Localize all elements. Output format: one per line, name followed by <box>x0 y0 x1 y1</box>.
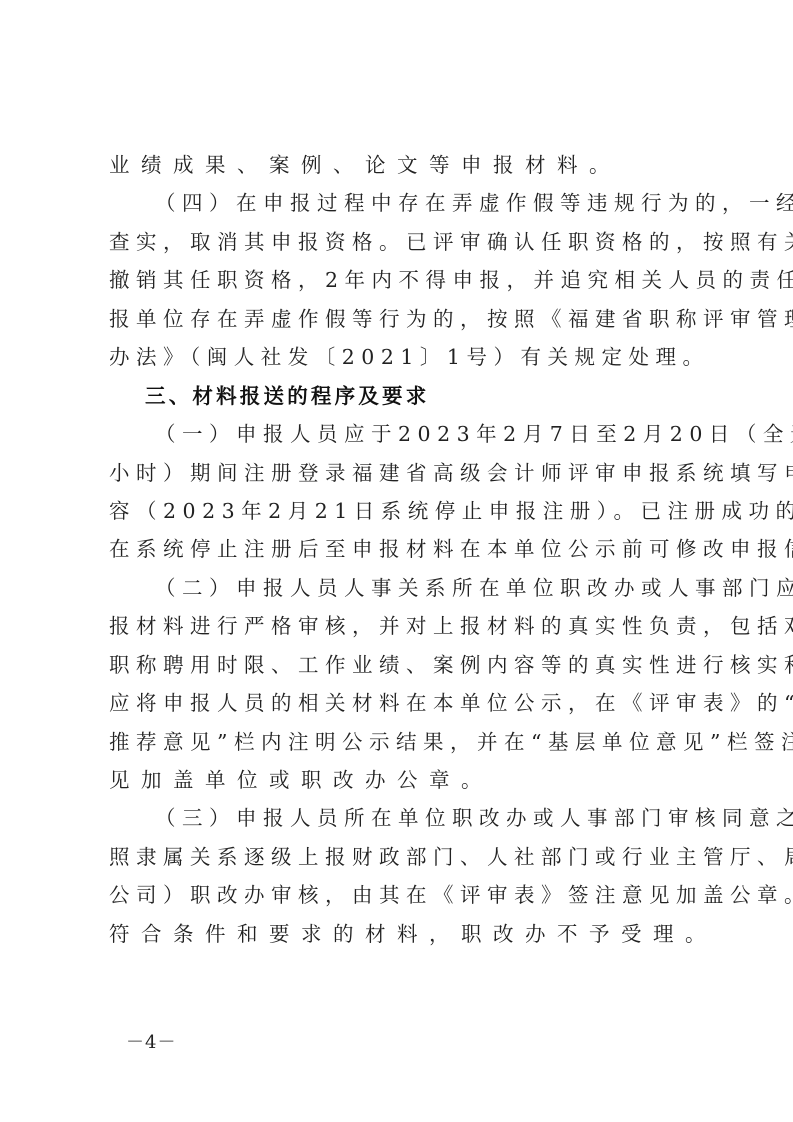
section-heading: 三、材料报送的程序及要求 <box>109 377 697 415</box>
paragraph-line: 撤销其任职资格，2年内不得申报，并追究相关人员的责任。申 <box>109 261 697 299</box>
paragraph-line: （三）申报人员所在单位职改办或人事部门审核同意之后按 <box>109 799 697 837</box>
document-page: 业绩成果、案例、论文等申报材料。 （四）在申报过程中存在弄虚作假等违规行为的，一… <box>0 0 793 1122</box>
paragraph-line: 办法》（闽人社发〔2021〕1号）有关规定处理。 <box>109 338 697 376</box>
paragraph-line: 容（2023年2月21日系统停止申报注册）。已注册成功的人员， <box>109 492 697 530</box>
paragraph-line: 小时）期间注册登录福建省高级会计师评审申报系统填写申报内 <box>109 454 697 492</box>
paragraph-line: 见加盖单位或职改办公章。 <box>109 761 697 799</box>
paragraph-line: 推荐意见”栏内注明公示结果，并在“基层单位意见”栏签注意 <box>109 723 697 761</box>
paragraph-line: 报材料进行严格审核，并对上报材料的真实性负责，包括对学历、 <box>109 607 697 645</box>
paragraph-line: （一）申报人员应于2023年2月7日至2月20日（全天24 <box>109 415 697 453</box>
paragraph-line: 职称聘用时限、工作业绩、案例内容等的真实性进行核实和认定； <box>109 646 697 684</box>
paragraph-line: 查实，取消其申报资格。已评审确认任职资格的，按照有关规定 <box>109 223 697 261</box>
paragraph-line: 应将申报人员的相关材料在本单位公示，在《评审表》的“单位 <box>109 684 697 722</box>
paragraph-line: 在系统停止注册后至申报材料在本单位公示前可修改申报信息。 <box>109 530 697 568</box>
paragraph-line: 业绩成果、案例、论文等申报材料。 <box>109 146 697 184</box>
paragraph-line: （四）在申报过程中存在弄虚作假等违规行为的，一经举报 <box>109 184 697 222</box>
page-number: －4－ <box>126 1028 176 1054</box>
document-body: 业绩成果、案例、论文等申报材料。 （四）在申报过程中存在弄虚作假等违规行为的，一… <box>109 146 697 953</box>
paragraph-line: 照隶属关系逐级上报财政部门、人社部门或行业主管厅、局（总 <box>109 838 697 876</box>
paragraph-line: 符合条件和要求的材料，职改办不予受理。 <box>109 915 697 953</box>
paragraph-line: （二）申报人员人事关系所在单位职改办或人事部门应对申 <box>109 569 697 607</box>
paragraph-line: 报单位存在弄虚作假等行为的，按照《福建省职称评审管理暂行 <box>109 300 697 338</box>
paragraph-line: 公司）职改办审核，由其在《评审表》签注意见加盖公章。对不 <box>109 876 697 914</box>
